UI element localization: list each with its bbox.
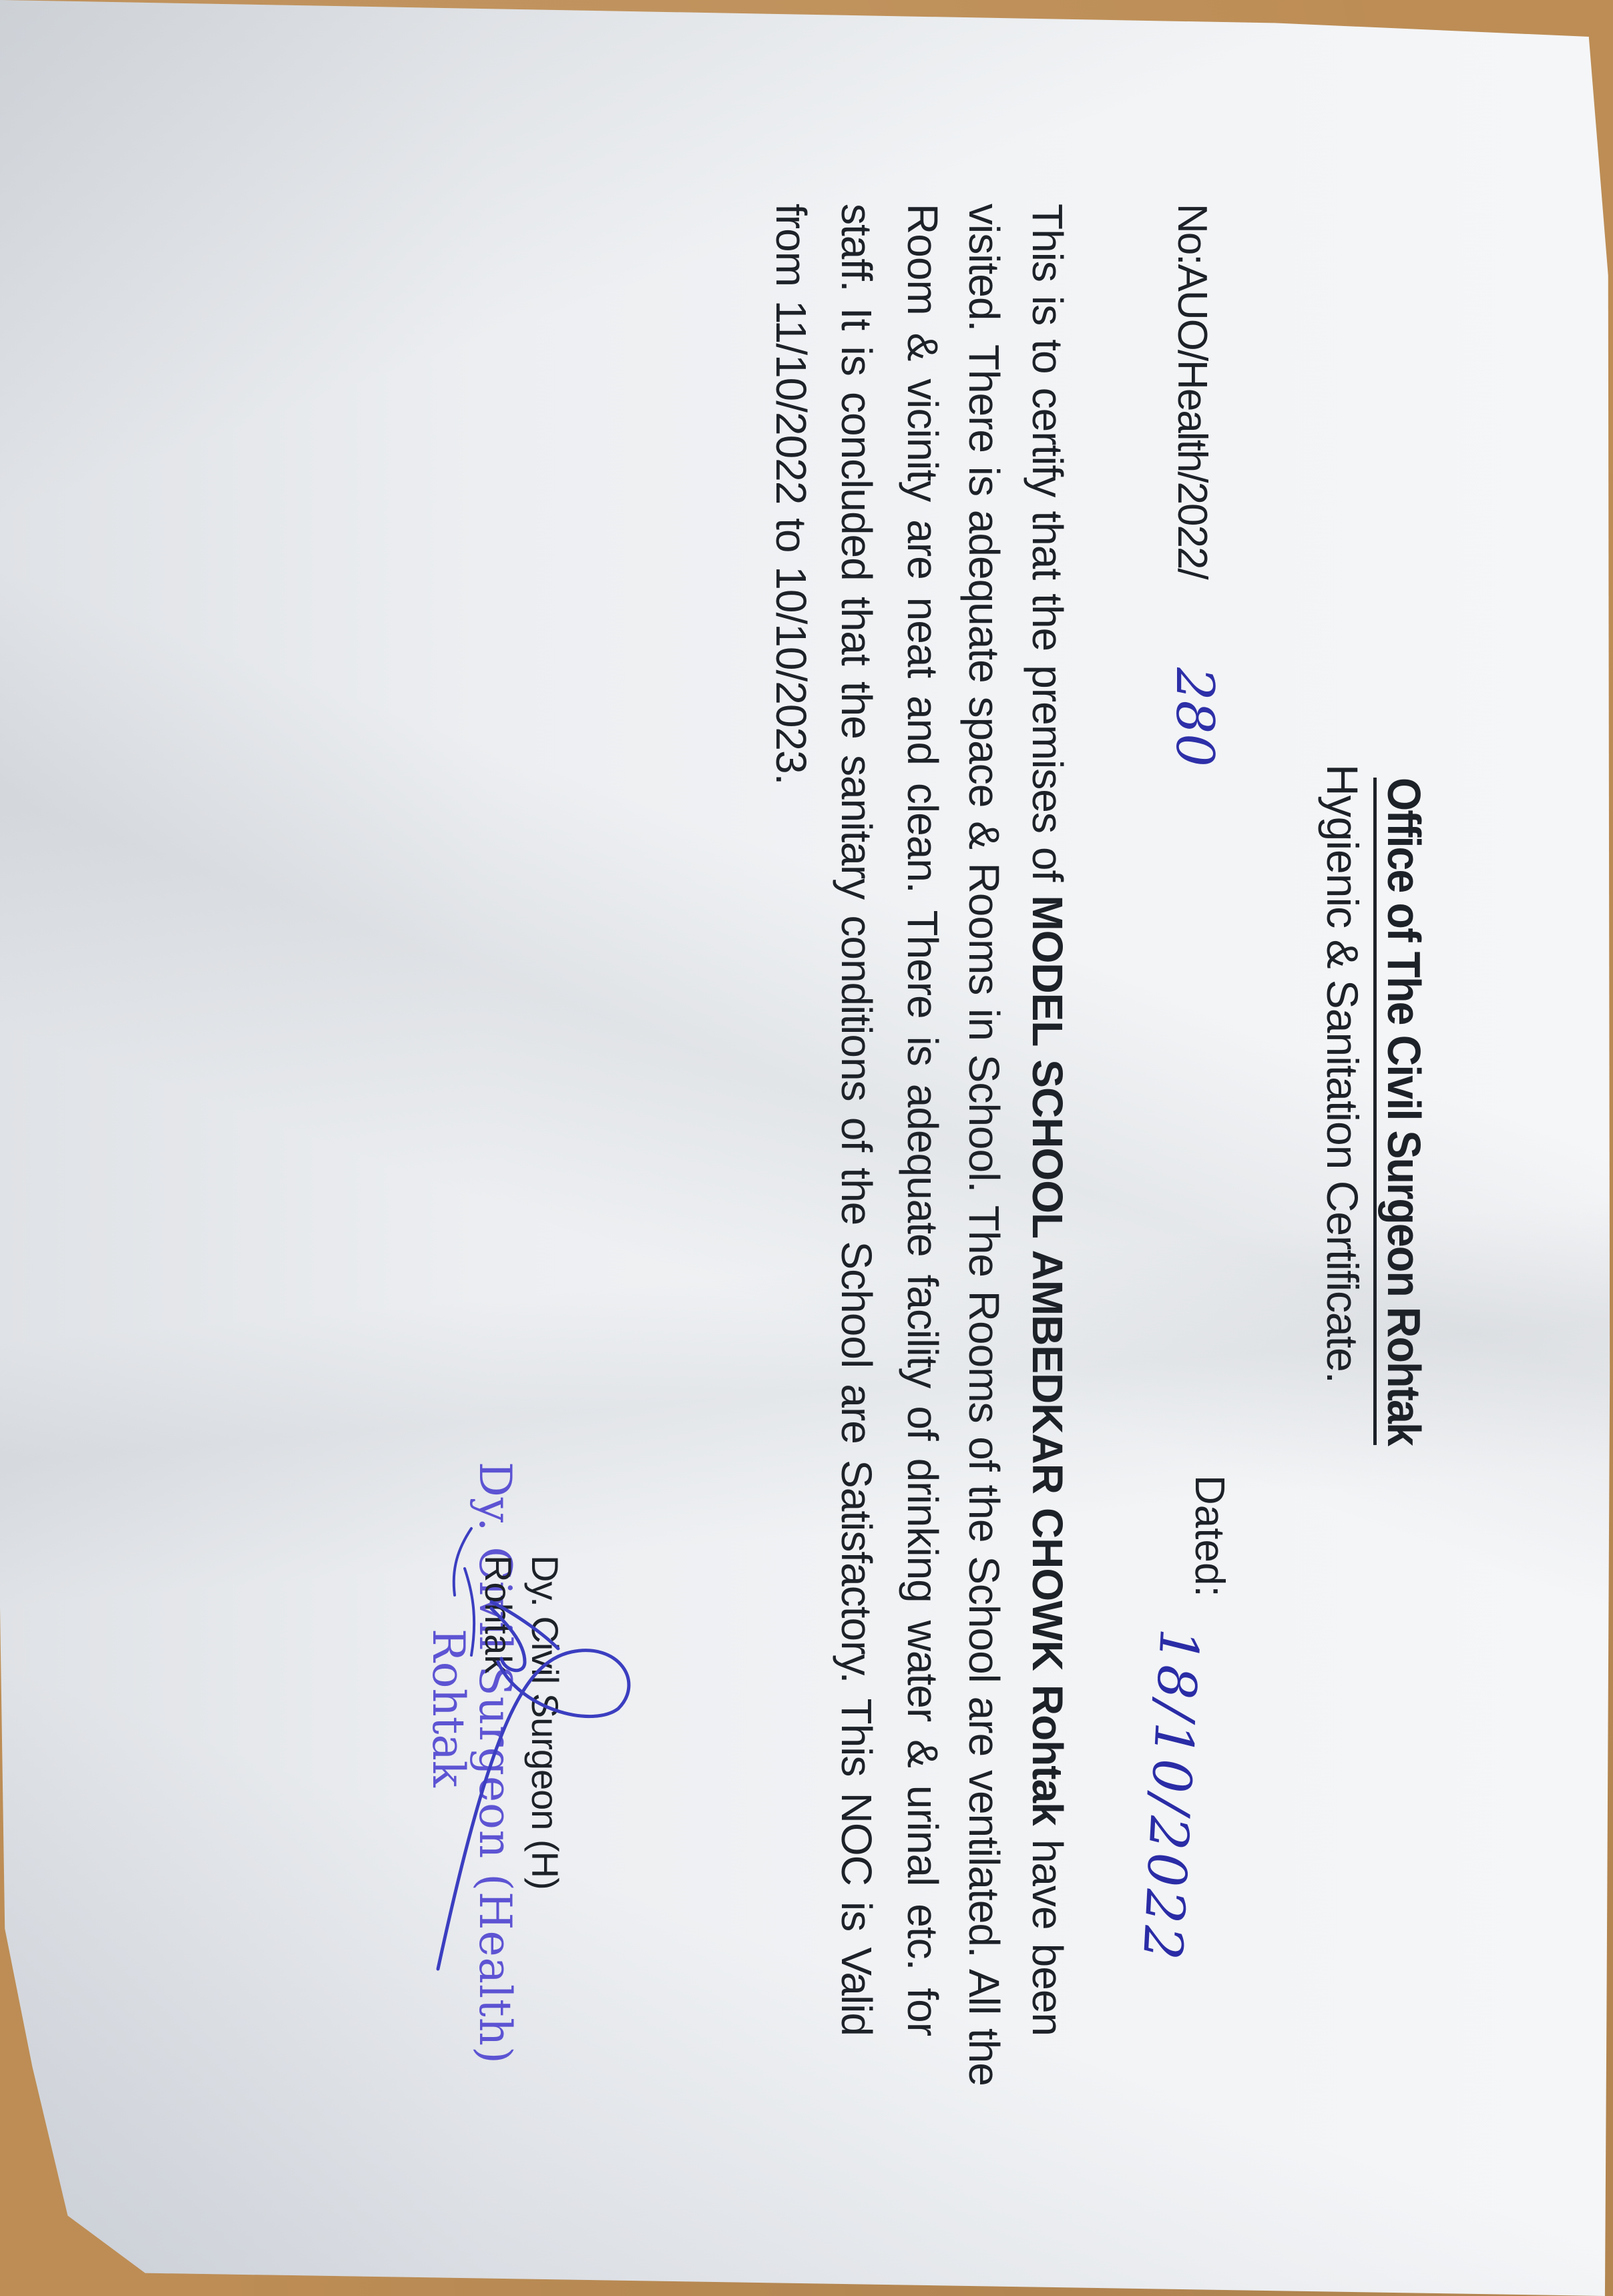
- body-text: This is to certify that the premises of: [1023, 204, 1072, 895]
- body-text: staff. It is concluded that the sanitary…: [833, 204, 881, 2036]
- body-text: Room & vicinity are neat and clean. Ther…: [899, 204, 947, 2036]
- handwritten-signature: [411, 1508, 692, 1976]
- certificate-document: Office of The Civil Surgeon Rohtak Hygie…: [0, 0, 1613, 2296]
- handwritten-reference-number: 280: [1168, 667, 1220, 767]
- handwritten-date: 18/10/2022: [1135, 1627, 1206, 1964]
- body-line: staff. It is concluded that the sanitary…: [835, 204, 878, 2036]
- body-text: visited. There is adequate space & Rooms…: [960, 204, 1008, 2086]
- body-text: from 11/10/2022 to 10/10/2023.: [767, 204, 815, 784]
- certificate-title: Hygienic & Sanitation Certificate.: [1321, 764, 1365, 1383]
- body-line: This is to certify that the premises of …: [1026, 204, 1069, 2036]
- body-line: from 11/10/2022 to 10/10/2023.: [770, 204, 813, 2036]
- reference-number-label: No:AUO/Health/2022/: [1171, 204, 1212, 579]
- school-name: MODEL SCHOOL AMBEDKAR CHOWK Rohtak: [1023, 895, 1072, 1825]
- office-title: Office of The Civil Surgeon Rohtak: [1373, 778, 1427, 1445]
- body-line: Room & vicinity are neat and clean. Ther…: [901, 204, 944, 2036]
- dated-label: Dated:: [1188, 1475, 1230, 1597]
- body-line: visited. There is adequate space & Rooms…: [963, 204, 1005, 2036]
- body-text: have been: [1023, 1825, 1072, 2036]
